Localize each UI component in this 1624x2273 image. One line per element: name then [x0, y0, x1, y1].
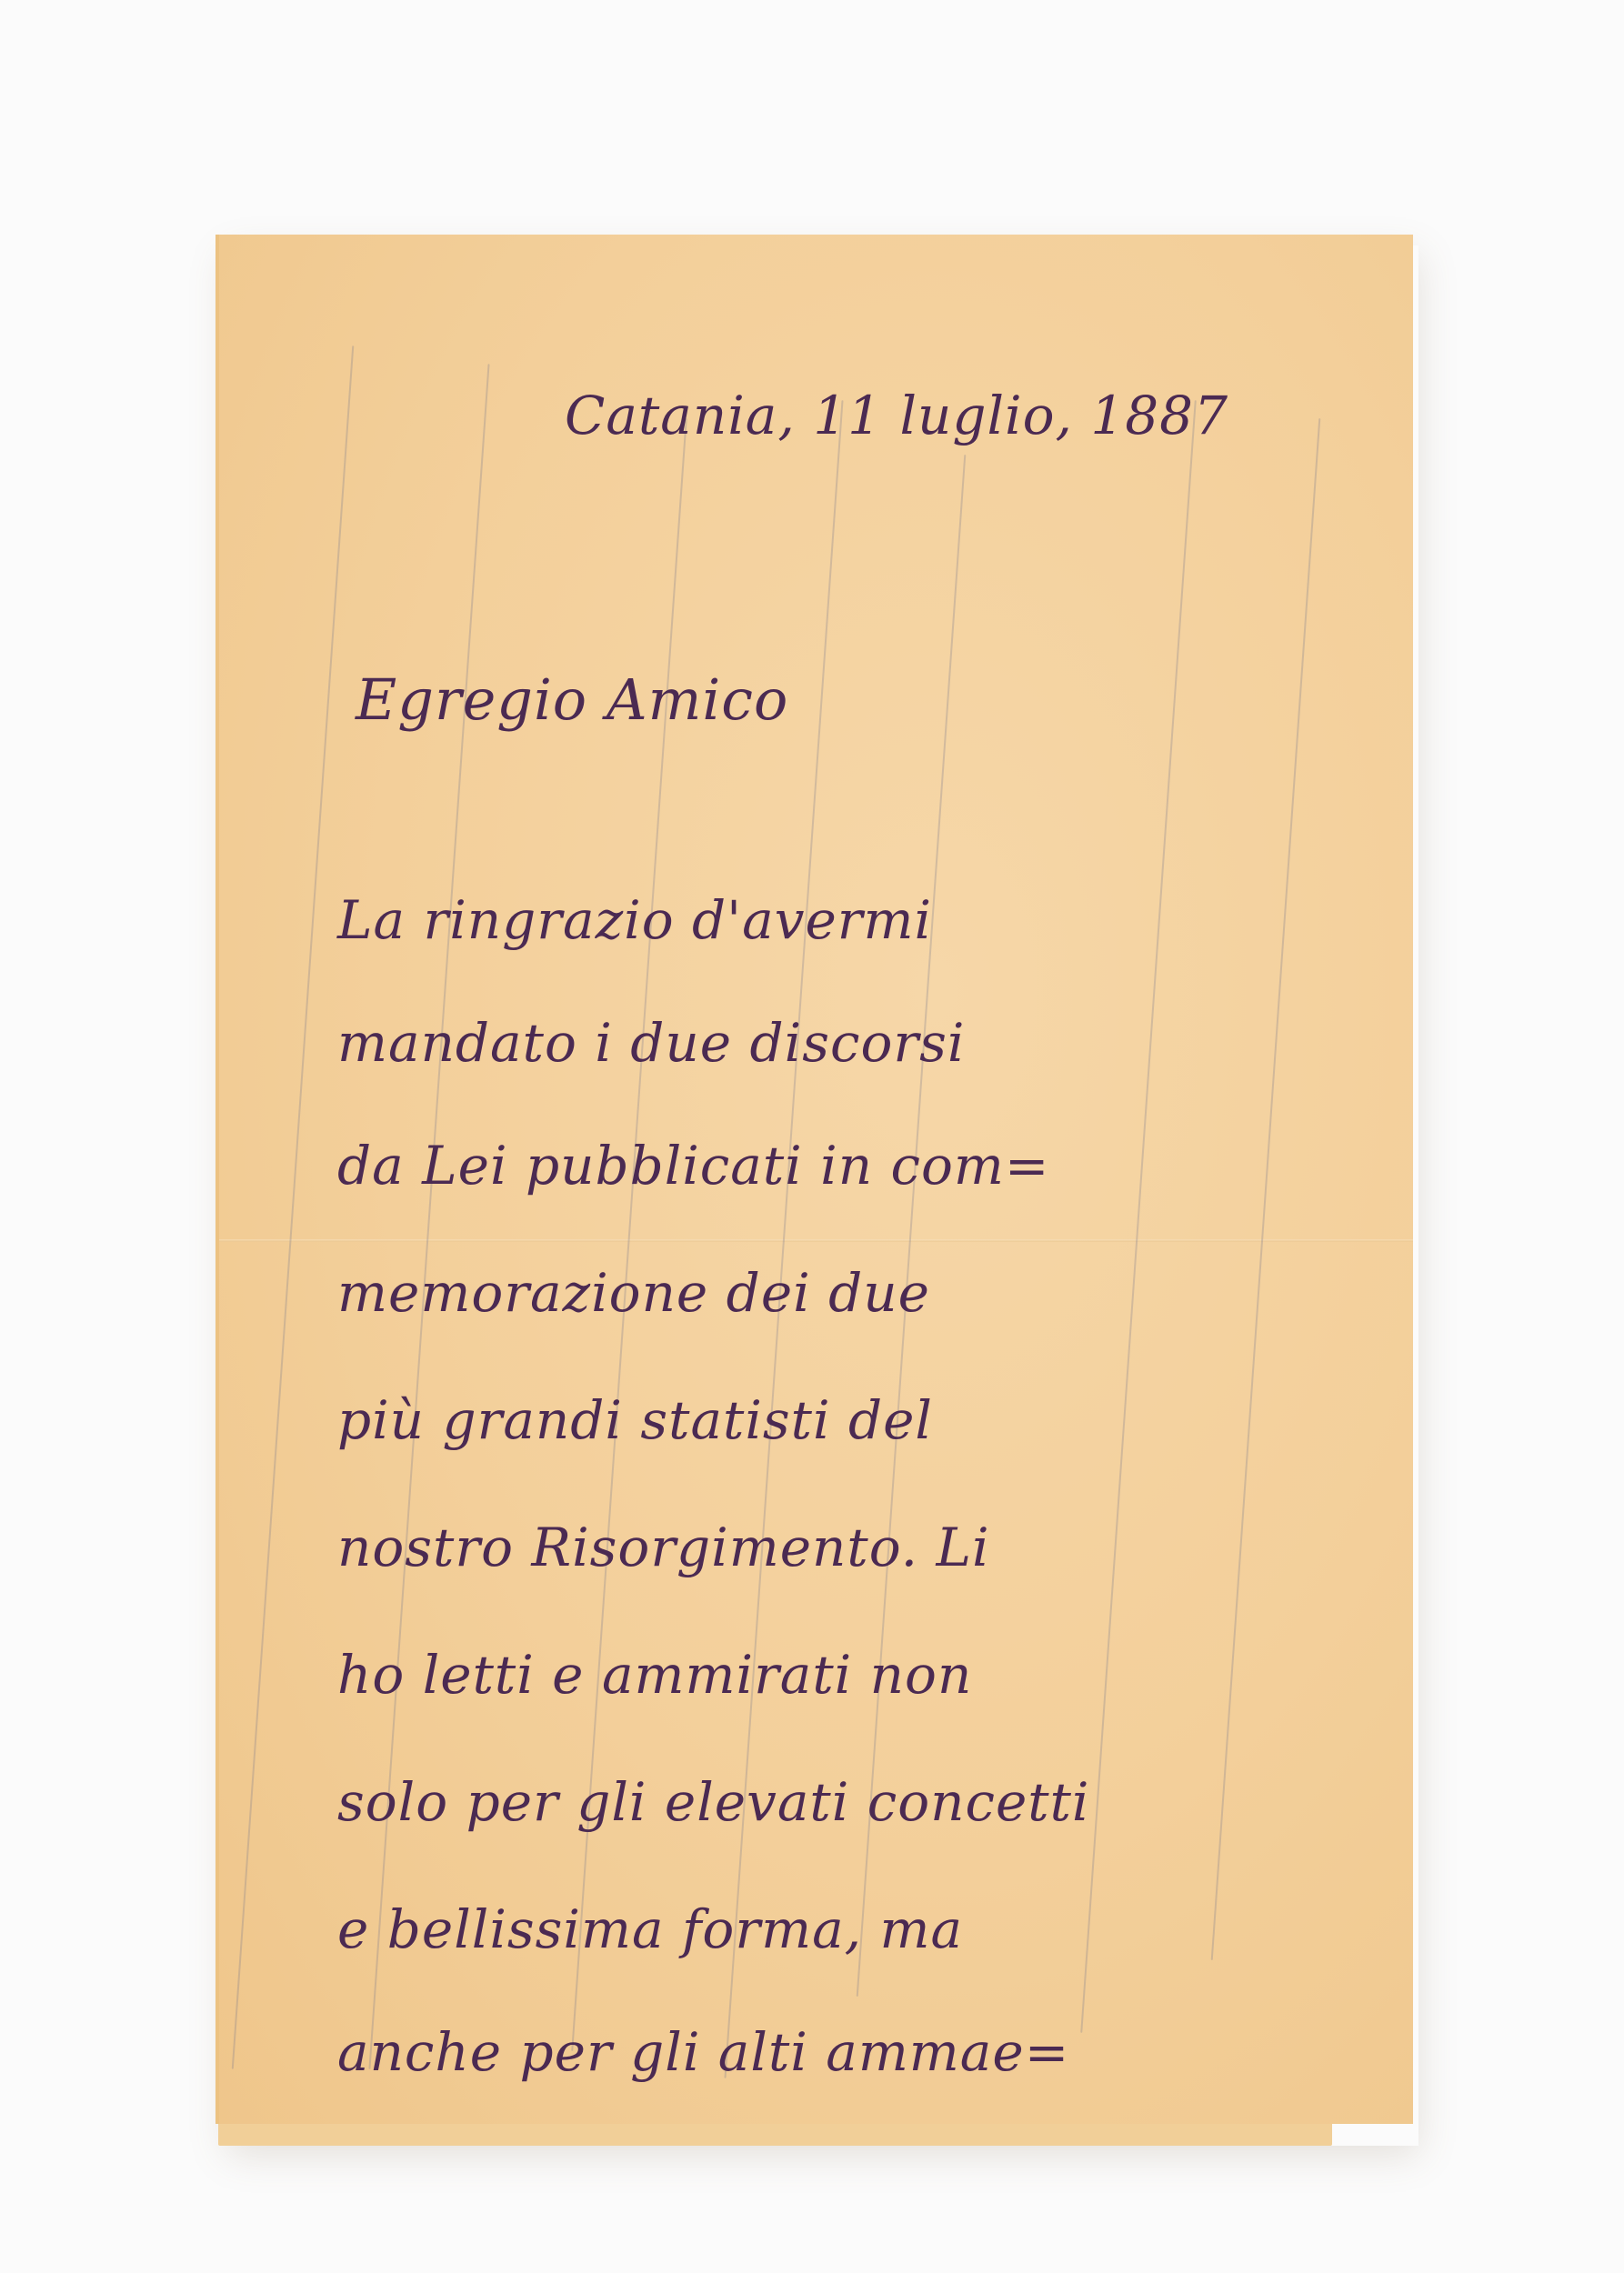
body-line: anche per gli alti ammae= — [337, 2021, 1069, 2083]
paper-fold — [219, 1239, 1413, 1242]
letter-sheet: Catania, 11 luglio, 1887 Egregio Amico L… — [216, 235, 1413, 2124]
pencil-bleed — [1080, 400, 1197, 2033]
body-line: ho letti e ammirati non — [337, 1644, 972, 1706]
body-line: La ringrazio d'avermi — [337, 889, 932, 951]
date-line: Catania, 11 luglio, 1887 — [565, 385, 1228, 446]
body-line: mandato i due discorsi — [337, 1012, 965, 1074]
body-line: più grandi statisti del — [337, 1389, 933, 1451]
body-line: solo per gli elevati concetti — [337, 1771, 1089, 1833]
body-line: memorazione dei due — [337, 1262, 930, 1324]
pencil-bleed — [857, 455, 967, 1997]
body-line: da Lei pubblicati in com= — [337, 1135, 1050, 1197]
greeting: Egregio Amico — [356, 666, 788, 733]
pencil-bleed — [232, 345, 355, 2069]
pencil-bleed — [1211, 418, 1321, 1960]
body-line: nostro Risorgimento. Li — [337, 1517, 990, 1578]
body-line: e bellissima forma, ma — [337, 1898, 963, 1960]
